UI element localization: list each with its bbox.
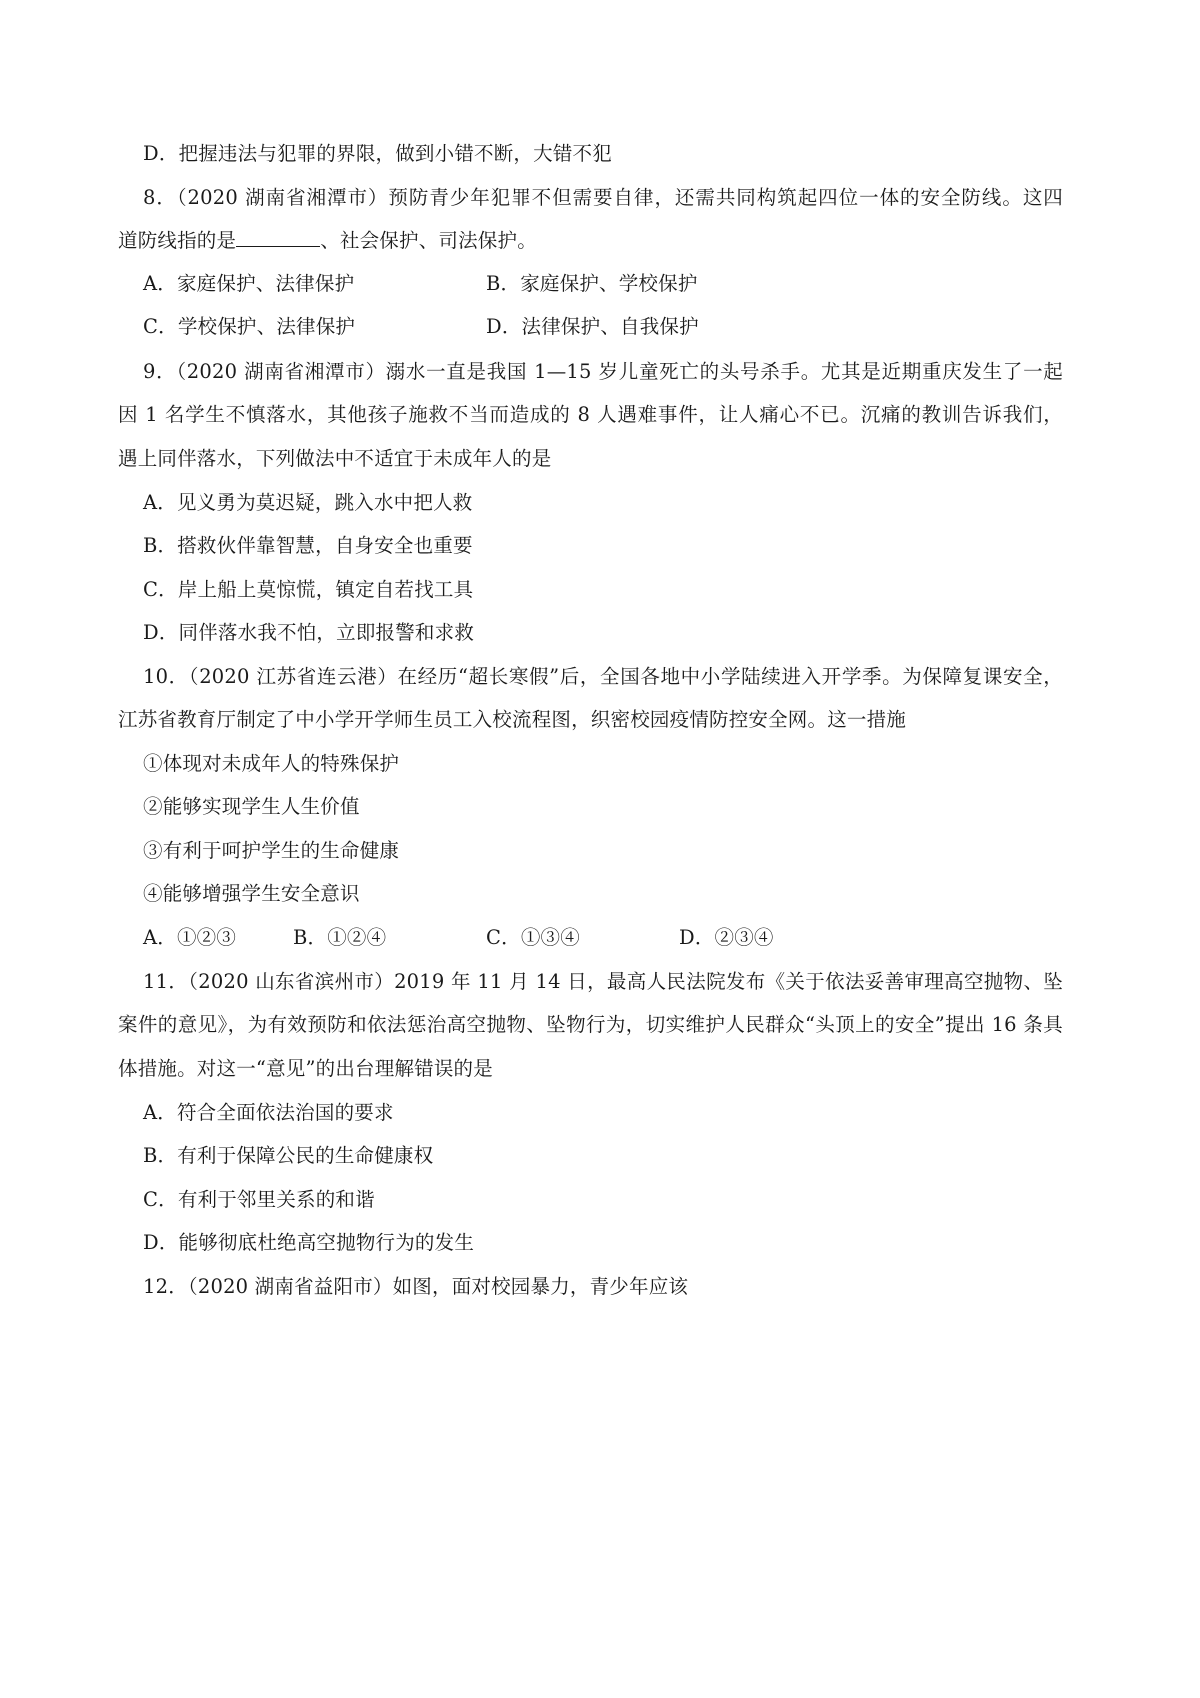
- q10-option-b: B．①②④: [293, 924, 386, 952]
- q9-stem-line-1: 9．（2020 湖南省湘潭市）溺水一直是我国 1—15 岁儿童死亡的头号杀手。尤…: [143, 358, 1063, 386]
- q11-option-d: D．能够彻底杜绝高空抛物行为的发生: [143, 1229, 474, 1257]
- q10-option-c: C．①③④: [486, 924, 580, 952]
- q11-option-a: A．符合全面依法治国的要求: [143, 1099, 394, 1127]
- q9-option-c: C．岸上船上莫惊慌，镇定自若找工具: [143, 576, 473, 604]
- exam-page: D．把握违法与犯罪的界限，做到小错不断，大错不犯 8．（2020 湖南省湘潭市）…: [0, 0, 1200, 1698]
- q8-option-a: A．家庭保护、法律保护: [143, 270, 354, 298]
- q8-stem-after-blank: 、社会保护、司法保护。: [320, 229, 537, 252]
- prev-question-option-d: D．把握违法与犯罪的界限，做到小错不断，大错不犯: [143, 140, 612, 168]
- q12-stem-line-1: 12．（2020 湖南省益阳市）如图，面对校园暴力，青少年应该: [143, 1273, 688, 1301]
- q8-answer-blank: [236, 228, 320, 247]
- q10-statement-3: ③有利于呵护学生的生命健康: [143, 837, 399, 865]
- q11-option-c: C．有利于邻里关系的和谐: [143, 1186, 375, 1214]
- q8-option-c: C．学校保护、法律保护: [143, 313, 355, 341]
- q10-stem-line-2: 江苏省教育厅制定了中小学开学师生员工入校流程图，织密校园疫情防控安全网。这一措施: [118, 706, 906, 734]
- q11-option-b: B．有利于保障公民的生命健康权: [143, 1142, 433, 1170]
- q9-option-b: B．搭救伙伴靠智慧，自身安全也重要: [143, 532, 473, 560]
- q10-statement-4: ④能够增强学生安全意识: [143, 880, 360, 908]
- q8-option-d: D．法律保护、自我保护: [486, 313, 699, 341]
- q11-stem-line-3: 体措施。对这一“意见”的出台理解错误的是: [118, 1055, 493, 1083]
- q10-statement-1: ①体现对未成年人的特殊保护: [143, 750, 399, 778]
- q8-stem-before-blank: 道防线指的是: [118, 229, 236, 252]
- q8-stem-line-1: 8．（2020 湖南省湘潭市）预防青少年犯罪不但需要自律，还需共同构筑起四位一体…: [143, 184, 1063, 212]
- q10-stem-line-1: 10．（2020 江苏省连云港）在经历“超长寒假”后，全国各地中小学陆续进入开学…: [143, 663, 1063, 691]
- q10-option-d: D．②③④: [679, 924, 774, 952]
- q9-stem-line-2: 因 1 名学生不慎落水，其他孩子施救不当而造成的 8 人遇难事件，让人痛心不已。…: [118, 401, 1063, 429]
- q8-stem-line-2: 道防线指的是、社会保护、司法保护。: [118, 227, 537, 255]
- q11-stem-line-1: 11．（2020 山东省滨州市）2019 年 11 月 14 日，最高人民法院发…: [143, 968, 1063, 996]
- q8-option-b: B．家庭保护、学校保护: [486, 270, 698, 298]
- q9-option-a: A．见义勇为莫迟疑，跳入水中把人救: [143, 489, 472, 517]
- q9-option-d: D．同伴落水我不怕，立即报警和求救: [143, 619, 474, 647]
- q10-statement-2: ②能够实现学生人生价值: [143, 793, 360, 821]
- q9-stem-line-3: 遇上同伴落水，下列做法中不适宜于未成年人的是: [118, 445, 551, 473]
- q11-stem-line-2: 案件的意见》，为有效预防和依法惩治高空抛物、坠物行为，切实维护人民群众“头顶上的…: [118, 1011, 1063, 1039]
- q10-option-a: A．①②③: [143, 924, 236, 952]
